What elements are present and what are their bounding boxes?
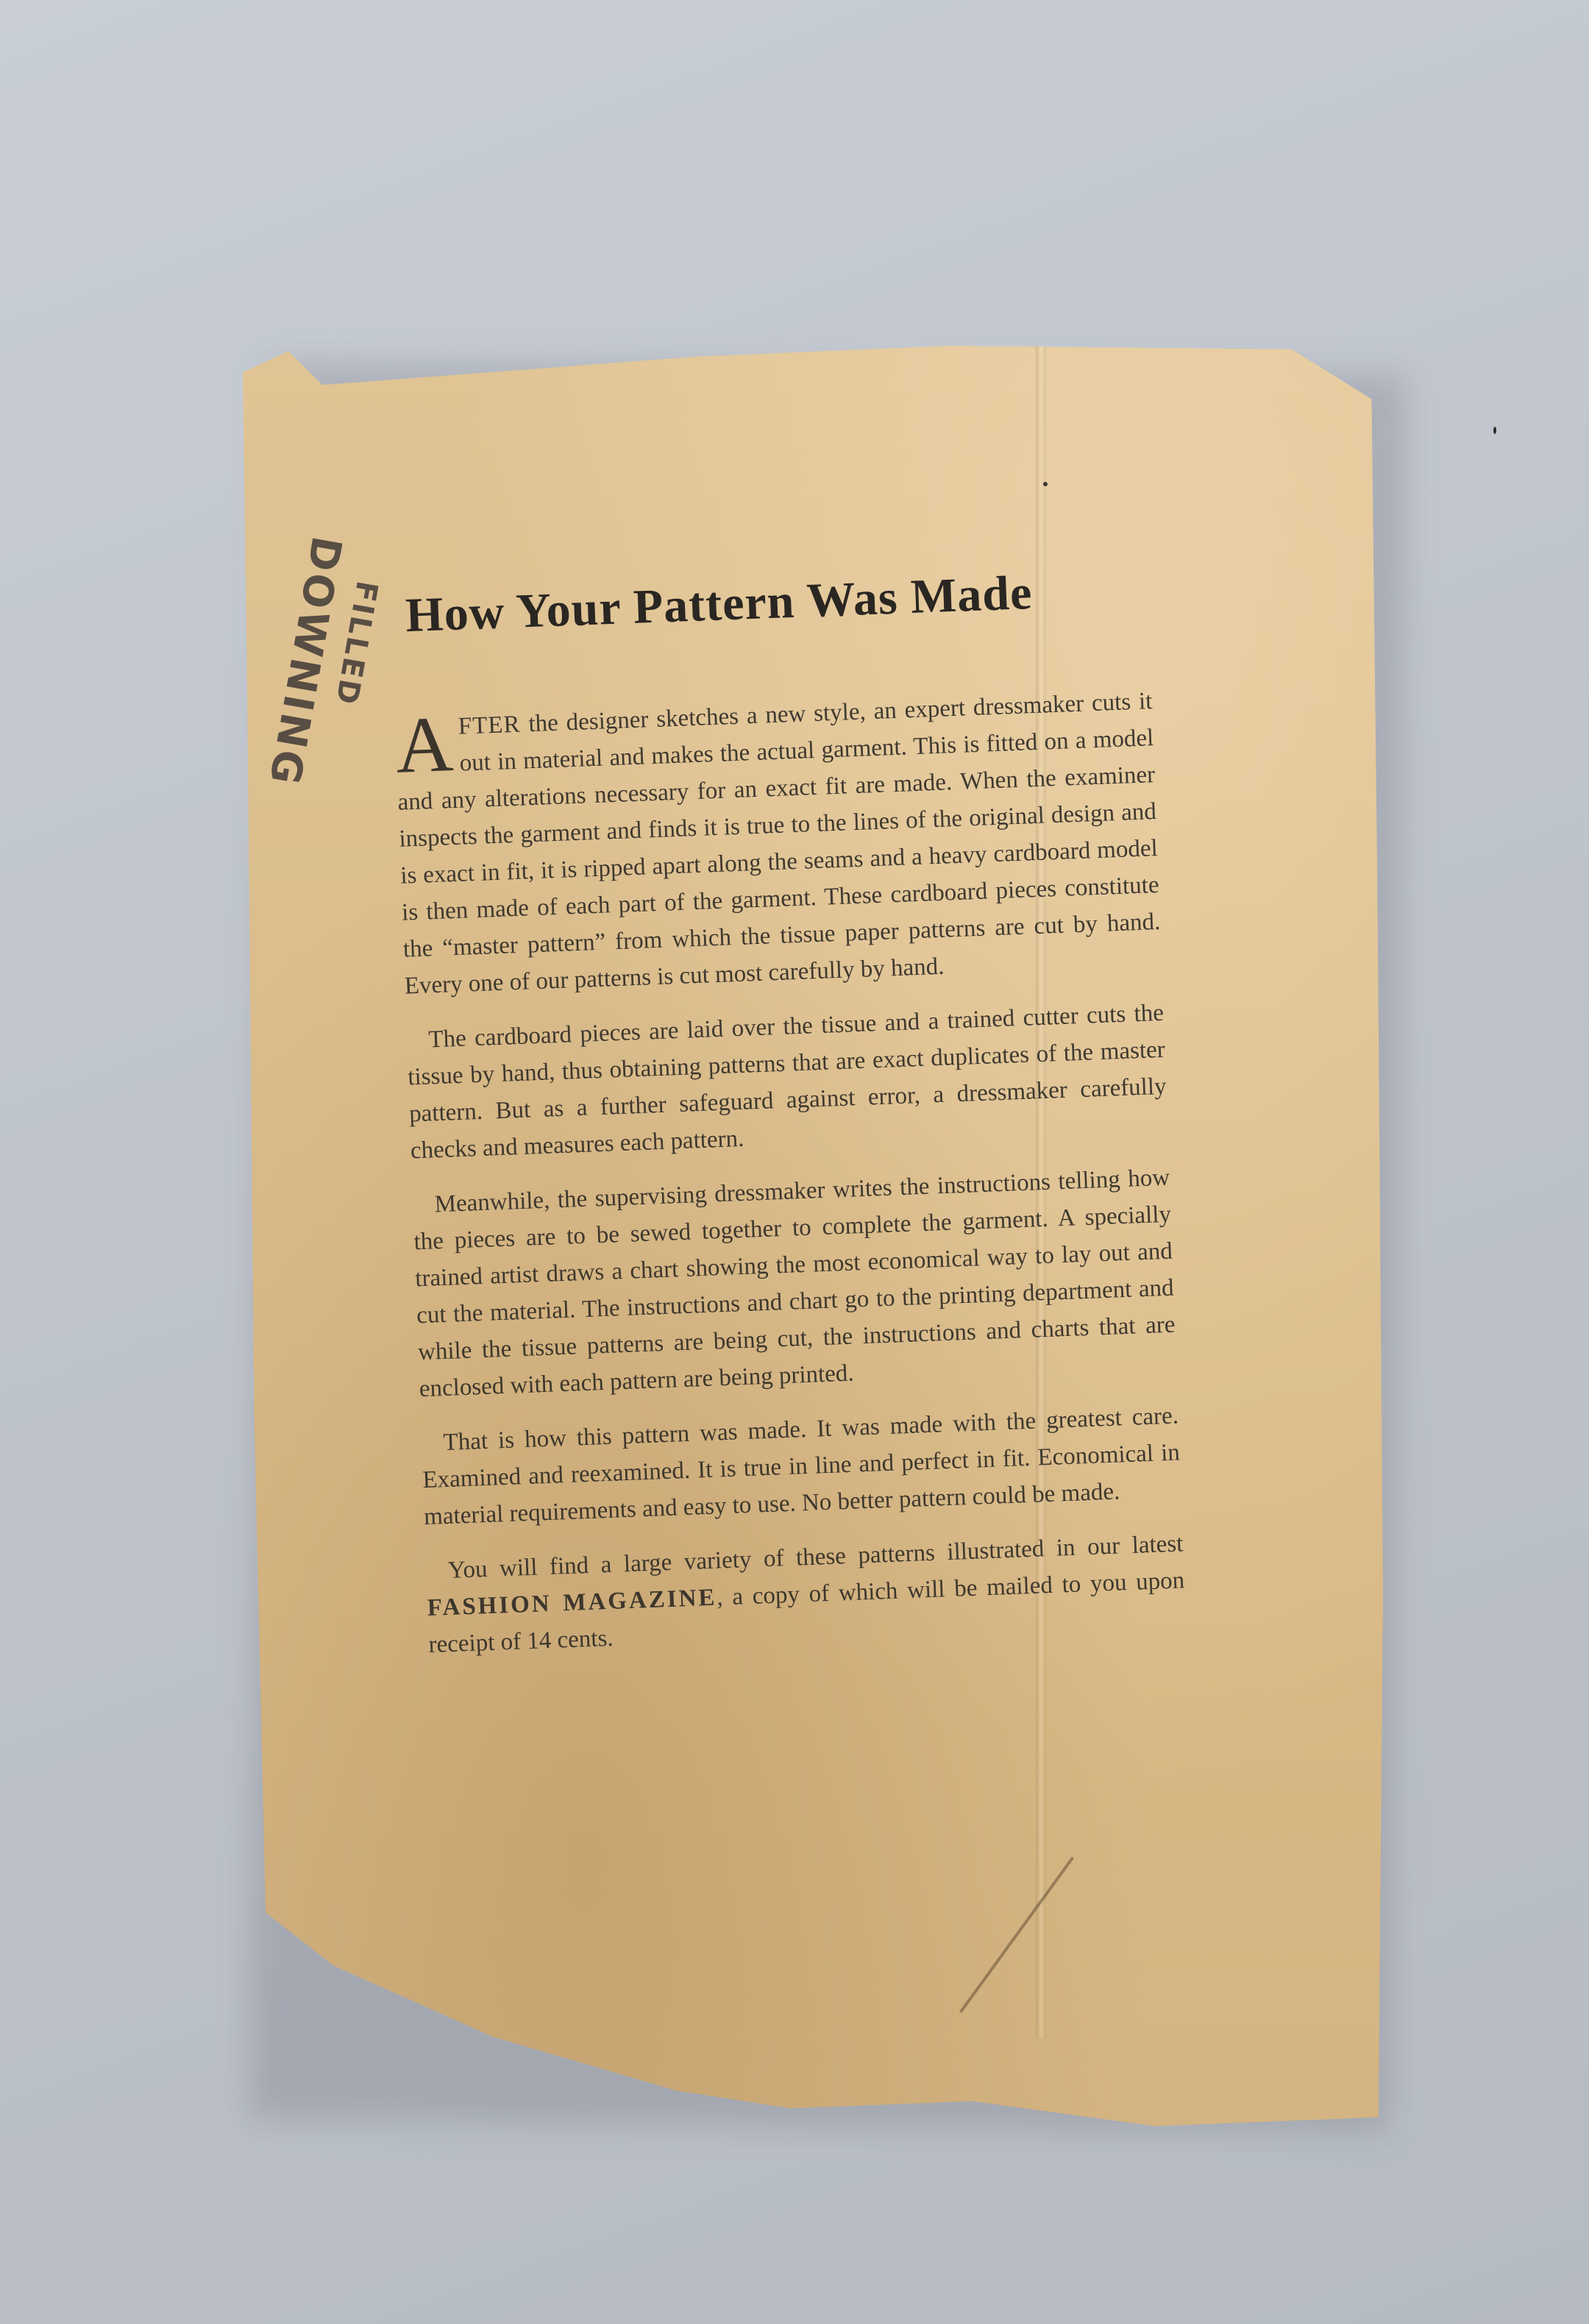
paragraph-2: The cardboard pieces are laid over the t… bbox=[406, 995, 1169, 1170]
ink-speck bbox=[1043, 482, 1048, 486]
surface-speck bbox=[1493, 427, 1496, 434]
document-body: How Your Pattern Was Made AFTER the desi… bbox=[390, 561, 1187, 1681]
magazine-name: FASHION MAGAZINE bbox=[427, 1585, 717, 1621]
paragraph-5: You will find a large variety of these p… bbox=[425, 1525, 1187, 1663]
paragraph-3: Meanwhile, the supervising dressmaker wr… bbox=[412, 1159, 1177, 1408]
paragraph-4: That is how this pattern was made. It wa… bbox=[421, 1397, 1182, 1535]
drop-cap: A bbox=[394, 711, 454, 780]
paragraph-lead: FTER bbox=[458, 711, 521, 740]
paragraph-1: AFTER the designer sketches a new style,… bbox=[394, 683, 1162, 1004]
